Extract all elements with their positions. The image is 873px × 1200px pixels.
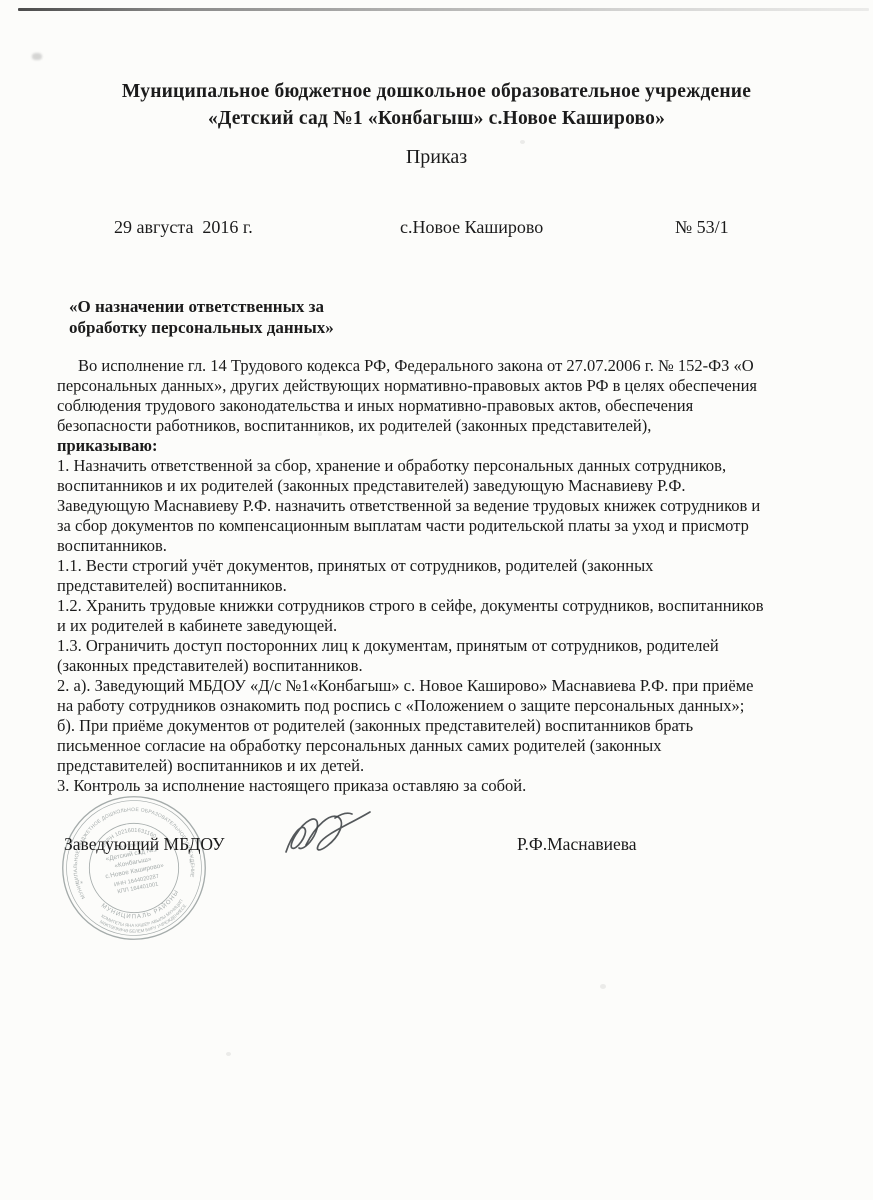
scan-speckle (226, 1052, 231, 1056)
signer-role: Заведующий МБДОУ (64, 834, 224, 855)
intro-paragraph: Во исполнение гл. 14 Трудового кодекса Р… (57, 356, 829, 436)
item-2b: б). При приёме документов от родителей (… (57, 716, 829, 776)
item-2a: 2. а). Заведующий МБДОУ «Д/с №1«Конбагыш… (57, 676, 829, 716)
stamp-stars-left: ✳ ✳ (75, 880, 85, 887)
official-round-stamp: МУНИЦИПАЛЬНОЕ БЮДЖЕТНОЕ ДОШКОЛЬНОЕ ОБРАЗ… (58, 792, 210, 944)
order-date: 29 августа 2016 г. (114, 217, 253, 238)
order-subject: «О назначении ответственных за обработку… (69, 296, 334, 338)
order-number: № 53/1 (675, 217, 729, 238)
stamp-graphic: МУНИЦИПАЛЬНОЕ БЮДЖЕТНОЕ ДОШКОЛЬНОЕ ОБРАЗ… (58, 792, 210, 944)
signer-name: Р.Ф.Маснавиева (517, 834, 637, 855)
page-title: Муниципальное бюджетное дошкольное образ… (0, 78, 873, 132)
scan-speckle (600, 984, 606, 989)
decree-word: приказываю: (57, 436, 829, 456)
order-place: с.Новое Каширово (400, 217, 543, 238)
scan-smudge (32, 53, 42, 60)
scan-edge-line (18, 8, 869, 11)
item-1-1: 1.1. Вести строгий учёт документов, прин… (57, 556, 829, 596)
order-body: Во исполнение гл. 14 Трудового кодекса Р… (57, 356, 829, 796)
order-meta-row: 29 августа 2016 г. с.Новое Каширово № 53… (0, 217, 873, 243)
scanned-order-document: Муниципальное бюджетное дошкольное образ… (0, 0, 873, 1200)
item-1-2: 1.2. Хранить трудовые книжки сотрудников… (57, 596, 829, 636)
item-1: 1. Назначить ответственной за сбор, хран… (57, 456, 829, 556)
scan-speckle (520, 140, 525, 144)
signature-scribble (272, 798, 382, 870)
item-1-3: 1.3. Ограничить доступ посторонних лиц к… (57, 636, 829, 676)
doc-type-label: Приказ (0, 146, 873, 169)
